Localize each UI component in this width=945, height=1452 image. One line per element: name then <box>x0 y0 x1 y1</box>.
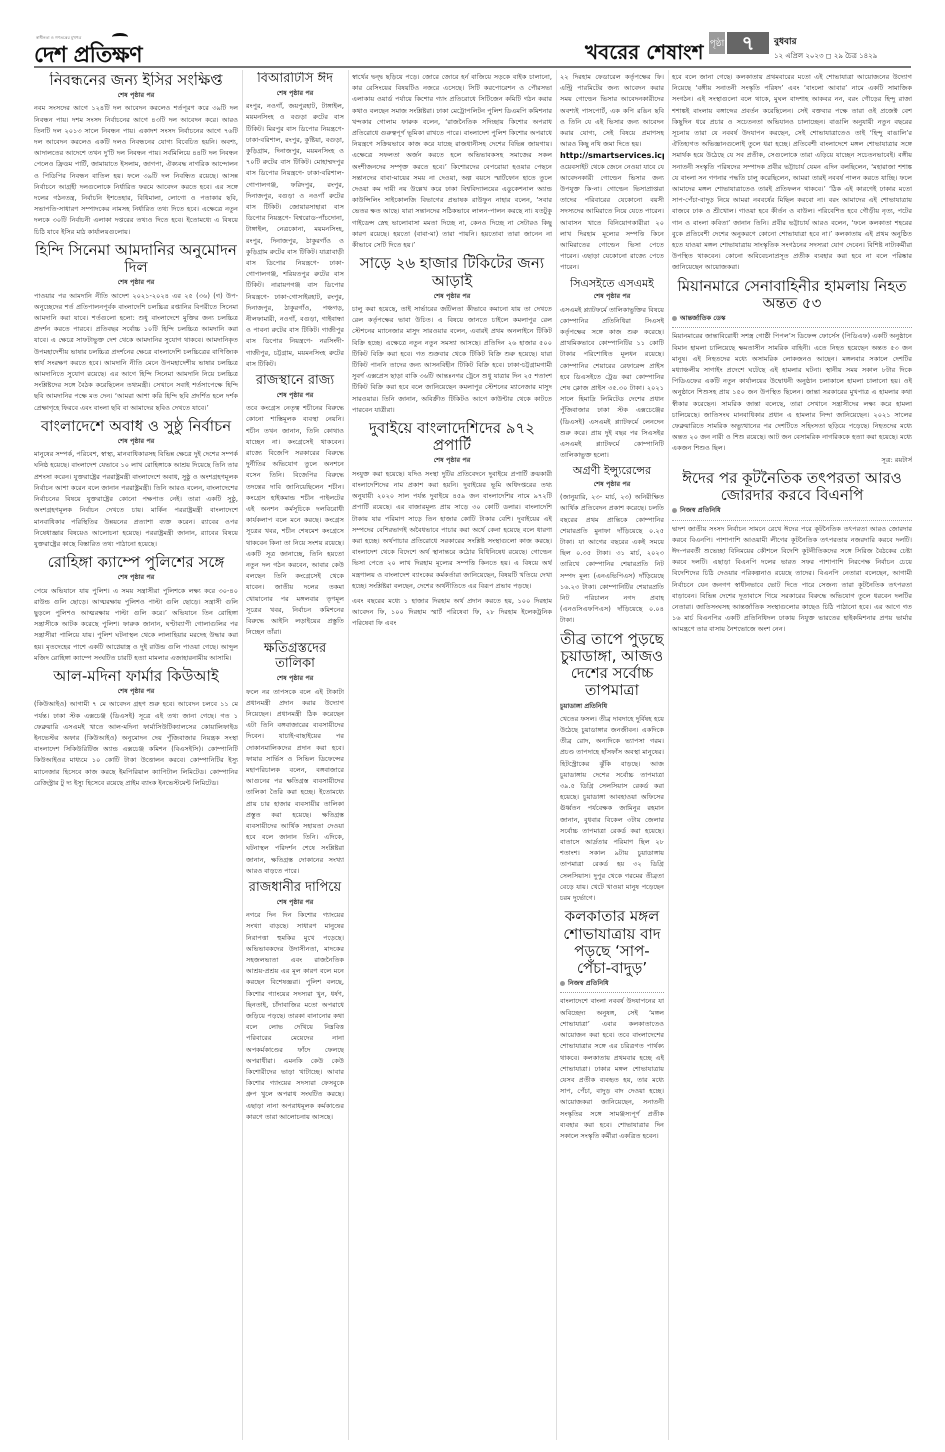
article-body: ২২ দিরহাম ফেডারেল কর্তৃপক্ষের ফি। এন্ট্র… <box>560 73 664 148</box>
article-al-madina[interactable]: আল-মদিনা ফার্মার কিউআই শেষ পৃষ্ঠার পর (ক… <box>34 668 238 789</box>
column-5: হবে বলে জানা গেছে। কলকাতায় প্রথমবারের ম… <box>672 72 912 1442</box>
headline: কলকাতার মঙ্গল শোভাযাত্রায় বাদ পড়ছে ‘সা… <box>560 908 664 977</box>
article-body: স্বার্থের দ্বন্দ্ব ছড়িয়ে পড়ে। জোরে জো… <box>352 72 552 251</box>
article-body: দ্বাদশ জাতীয় সংসদ নির্বাচন সামনে রেখে ঈ… <box>672 524 912 636</box>
column-4: ২২ দিরহাম ফেডারেল কর্তৃপক্ষের ফি। এন্ট্র… <box>560 72 664 1442</box>
column-divider <box>348 70 349 1440</box>
page-number: ৭ <box>727 32 769 54</box>
column-divider <box>556 70 557 1440</box>
top-rule <box>34 66 911 68</box>
byline: শেষ পৃষ্ঠার পর <box>352 455 552 466</box>
article-juvenile-gangs-cont[interactable]: স্বার্থের দ্বন্দ্ব ছড়িয়ে পড়ে। জোরে জো… <box>352 72 552 251</box>
byline: শেষ পৃষ্ঠার পর <box>246 390 344 401</box>
footer-snippet: এবং বছরের মধ্যে ১ হাজার দিরহাম অর্থ প্রদ… <box>352 596 552 630</box>
byline: শেষ পৃষ্ঠার পর <box>34 572 238 583</box>
byline: শেষ পৃষ্ঠার পর <box>34 686 238 697</box>
headline: তীব্র তাপে পুড়ছে চুয়াডাঙ্গা, আজও দেশের… <box>560 631 664 700</box>
headline: বিআরটিসি ঈদ <box>246 72 344 87</box>
byline-text: নিজস্ব প্রতিনিধি <box>568 979 609 987</box>
article-body: বাংলাদেশে বাংলা নববর্ষ উদযাপনের যা অবিচ্… <box>560 996 664 1142</box>
headline: সাড়ে ২৬ হাজার টিকিটের জন্য আড়াই <box>352 255 552 290</box>
article-kolkata-cont[interactable]: হবে বলে জানা গেছে। কলকাতায় প্রথমবারের ম… <box>672 72 912 274</box>
dotted-divider <box>560 992 664 993</box>
article-body: রংপুর, নওগাঁ, জয়পুরহাট, টাঙ্গাইল, ময়মন… <box>246 101 344 370</box>
article-hindi-cinema[interactable]: হিন্দি সিনেমা আমদানির অনুমোদন দিল শেষ পৃ… <box>34 242 238 414</box>
article-brtc-eid[interactable]: বিআরটিসি ঈদ শেষ পৃষ্ঠার পর রংপুর, নওগাঁ,… <box>246 72 344 370</box>
article-dubai-property[interactable]: দুবাইয়ে বাংলাদেশিদের ৯৭২ প্রপার্টি শেষ … <box>352 420 552 592</box>
byline: শেষ পৃষ্ঠার পর <box>560 291 664 302</box>
byline-text: আন্তর্জাতিক ডেস্ক <box>680 314 725 322</box>
website-link[interactable]: http://smartservices.icp.gov.ae <box>560 150 664 161</box>
article-ec-registration[interactable]: নিবন্ধনের জন্য ইসির সংক্ষিপ্ত শেষ পৃষ্ঠা… <box>34 72 238 238</box>
article-body: তবে কংগ্রেস নেতৃত্ব শচীনের বিরুদ্ধে কোনো… <box>246 403 344 638</box>
dotted-divider <box>672 520 912 521</box>
headline: দুবাইয়ে বাংলাদেশিদের ৯৭২ প্রপার্টি <box>352 420 552 455</box>
article-damaged-list[interactable]: ক্ষতিগ্রস্তদের তালিকা শেষ পৃষ্ঠার পর ফলে… <box>246 642 344 877</box>
dotted-divider <box>672 327 912 328</box>
article-body: মিয়ানমারের জান্তাবিরোধী সশস্ত্র গোষ্ঠী … <box>672 331 912 454</box>
article-body: চালু করা হয়েছে, তাই সার্ভারের জটিলতা কী… <box>352 304 552 416</box>
article-rajasthan[interactable]: রাজস্থানে রাজ্য শেষ পৃষ্ঠার পর তবে কংগ্র… <box>246 374 344 638</box>
byline: শেষ পৃষ্ঠার পর <box>34 436 238 447</box>
byline: শেষ পৃষ্ঠার পর <box>246 673 344 684</box>
bullet-icon <box>672 316 677 321</box>
column-2: বিআরটিসি ঈদ শেষ পৃষ্ঠার পর রংপুর, নওগাঁ,… <box>246 72 344 1442</box>
date-day: বুধবার <box>774 34 797 49</box>
headline: ক্ষতিগ্রস্তদের তালিকা <box>246 642 344 672</box>
headline: সিএসইতে এসএমই <box>560 278 664 291</box>
article-myanmar-airstrike[interactable]: মিয়ানমারে সেনাবাহিনীর হামলায় নিহত অন্ত… <box>672 278 912 466</box>
article-body: মানুষের সম্পর্ক, পরিবেশ, স্বাস্থ্য, মানব… <box>34 449 238 550</box>
article-rajdhani[interactable]: রাজধানীর দাপিয়ে শেষ পৃষ্ঠার পর নগরে দিন… <box>246 881 344 1123</box>
headline: রাজস্থানে রাজ্য <box>246 374 344 389</box>
headline: রোহিঙ্গা ক্যাম্পে পুলিশের সঙ্গে <box>34 554 238 571</box>
newspaper-logo[interactable]: দেশ প্রতিক্ষণ <box>34 38 142 75</box>
article-cmsme[interactable]: সিএসইতে এসএমই শেষ পৃষ্ঠার পর এসএমই প্ল্য… <box>560 278 664 462</box>
byline: শেষ পৃষ্ঠার পর <box>352 291 552 302</box>
article-kolkata-procession[interactable]: কলকাতার মঙ্গল শোভাযাত্রায় বাদ পড়ছে ‘সা… <box>560 908 664 1142</box>
source-credit: সূত্র: রয়টার্স <box>672 455 912 466</box>
byline: শেষ পৃষ্ঠার পর <box>34 90 238 101</box>
headline: বাংলাদেশে অবাধ ও সুষ্ঠু নির্বাচন <box>34 418 238 435</box>
headline: অগ্রণী ইন্স্যুরেন্সের <box>560 465 664 478</box>
article-body: সংযুক্ত করা হয়েছে। যদিও সংস্থা দুটির প্… <box>352 469 552 592</box>
page-label: পৃষ্ঠা <box>709 32 725 54</box>
byline: আন্তর্জাতিক ডেস্ক <box>672 313 912 324</box>
article-uae-visa[interactable]: ২২ দিরহাম ফেডারেল কর্তৃপক্ষের ফি। এন্ট্র… <box>560 72 664 274</box>
headline: আল-মদিনা ফার্মার কিউআই <box>34 668 238 685</box>
column-divider <box>242 70 243 1440</box>
article-bangladesh-election[interactable]: বাংলাদেশে অবাধ ও সুষ্ঠু নির্বাচন শেষ পৃষ… <box>34 418 238 550</box>
article-train-tickets[interactable]: সাড়ে ২৬ হাজার টিকিটের জন্য আড়াই শেষ পৃ… <box>352 255 552 416</box>
article-rohingya-camp[interactable]: রোহিঙ্গা ক্যাম্পে পুলিশের সঙ্গে শেষ পৃষ্… <box>34 554 238 664</box>
byline: শেষ পৃষ্ঠার পর <box>34 277 238 288</box>
byline: শেষ পৃষ্ঠার পর <box>246 88 344 99</box>
article-body: এসএমই প্ল্যাটফর্মে তালিকাভুক্তির বিষয়ে … <box>560 305 664 462</box>
article-body: (জানুয়ারি, ২৩- মার্চ, ২৩) অনিরীক্ষিত আর… <box>560 492 664 626</box>
headline: রাজধানীর দাপিয়ে <box>246 881 344 896</box>
article-bnp-diplomacy[interactable]: ঈদের পর কূটনৈতিক তৎপরতা আরও জোরদার করবে … <box>672 470 912 636</box>
byline: চুয়াডাঙ্গা প্রতিনিধি <box>560 701 664 712</box>
article-body: ফলে নর তাপসকে বলে এই টাকাটা প্রধানমন্ত্র… <box>246 687 344 877</box>
article-body: ওয়েবসাইট থেকে জেনে নেওয়া যাবে যে আবেদন… <box>560 163 664 272</box>
bullet-icon <box>560 981 565 986</box>
article-body: নগরে দিন দিন কিশোর গ্যাংয়ের সংখ্যা বাড়… <box>246 910 344 1123</box>
headline: নিবন্ধনের জন্য ইসির সংক্ষিপ্ত <box>34 72 238 89</box>
article-body: নবম সংসদের আগে ১২৪টি দল আবেদন করলেও শর্ত… <box>34 103 238 237</box>
article-body: হবে বলে জানা গেছে। কলকাতায় প্রথমবারের ম… <box>672 72 912 274</box>
headline: মিয়ানমারে সেনাবাহিনীর হামলায় নিহত অন্ত… <box>672 278 912 313</box>
article-body: (কিউআইও) আগামী ৭ মে আবেদন গ্রহণ শুরু হবে… <box>34 699 238 789</box>
byline: নিজস্ব প্রতিনিধি <box>672 505 912 516</box>
column-1: নিবন্ধনের জন্য ইসির সংক্ষিপ্ত শেষ পৃষ্ঠা… <box>34 72 238 1442</box>
byline-text: নিজস্ব প্রতিনিধি <box>680 506 721 514</box>
masthead: স্বাধীনতা ও গণতন্ত্রের মুখপত্র দেশ প্রতি… <box>0 0 945 52</box>
byline: শেষ পৃষ্ঠার পর <box>246 897 344 908</box>
column-divider <box>668 70 669 1440</box>
bullet-icon <box>672 508 677 513</box>
article-agrani-insurance[interactable]: অগ্রণী ইন্স্যুরেন্সের শেষ পৃষ্ঠার পর (জা… <box>560 465 664 626</box>
byline: নিজস্ব প্রতিনিধি <box>560 978 664 989</box>
article-body: খেতের ফসল। তীব্র দাবদাহে দুর্বিষহ হয়ে উ… <box>560 714 664 904</box>
headline: হিন্দি সিনেমা আমদানির অনুমোদন দিল <box>34 242 238 277</box>
date-line: ১২ এপ্রিল ২০২৩ ◻ ২৯ চৈত্র ১৪২৯ <box>774 50 877 62</box>
column-3: স্বার্থের দ্বন্দ্ব ছড়িয়ে পড়ে। জোরে জো… <box>352 72 552 1442</box>
byline: শেষ পৃষ্ঠার পর <box>560 479 664 490</box>
article-chuadanga-heat[interactable]: তীব্র তাপে পুড়ছে চুয়াডাঙ্গা, আজও দেশের… <box>560 631 664 905</box>
headline: ঈদের পর কূটনৈতিক তৎপরতা আরও জোরদার করবে … <box>672 470 912 505</box>
article-body: পেয়ে অভিযানে যায় পুলিশ। এ সময় সন্ত্রা… <box>34 586 238 664</box>
article-body: পাওয়ার পর আমদানি নীতি আদেশ ২০২১-২০২৪ এর… <box>34 291 238 414</box>
